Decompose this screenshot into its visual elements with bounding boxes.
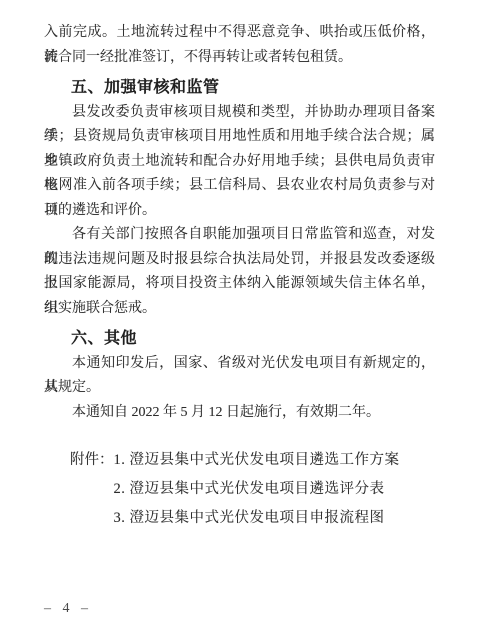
attachments-list: 1. 澄迈县集中式光伏发电项目遴选工作方案2. 澄迈县集中式光伏发电项目遴选评分… — [114, 446, 400, 533]
attachment-item: 3. 澄迈县集中式光伏发电项目申报流程图 — [114, 504, 400, 533]
paragraph-line: 县发改委负责审核项目规模和类型，并协助办理项目备案手 — [44, 101, 435, 126]
paragraph-line: 乡镇政府负责土地流转和配合办好用地手续；县供电局负责审核 — [44, 150, 435, 175]
paragraph-line: 目的遴选和评价。 — [44, 199, 435, 224]
document-content: 入前完成。土地流转过程中不得恶意竞争、哄抬或压低价格，流转合同一经批准签订，不得… — [44, 0, 435, 533]
attachments-label: 附件： — [70, 446, 114, 475]
paragraph-line: 入前完成。土地流转过程中不得恶意竞争、哄抬或压低价格，流 — [44, 21, 435, 46]
paragraph-line: 其规定。 — [44, 376, 435, 401]
paragraph-line: 转合同一经批准签订，不得再转让或者转包租赁。 — [44, 46, 435, 71]
paragraph-line: 电网准入前各项手续；县工信科局、县农业农村局负责参与对项 — [44, 174, 435, 199]
paragraph-line: 织实施联合惩戒。 — [44, 297, 435, 322]
paragraph-line: 本通知自 2022 年 5 月 12 日起施行，有效期二年。 — [44, 401, 435, 426]
paragraph-line: 各有关部门按照各自职能加强项目日常监管和巡查，对发现 — [44, 223, 435, 248]
document-page: 入前完成。土地流转过程中不得恶意竞争、哄抬或压低价格，流转合同一经批准签订，不得… — [0, 0, 477, 641]
section-heading: 六、其他 — [71, 327, 435, 352]
paragraph-line: 报国家能源局，将项目投资主体纳入能源领域失信主体名单，组 — [44, 272, 435, 297]
paragraph-line: 续；县资规局负责审核项目用地性质和用地手续合法合规；属地 — [44, 125, 435, 150]
paragraph-line: 的违法违规问题及时报县综合执法局处罚，并报县发改委逐级上 — [44, 248, 435, 273]
paragraph-line: 本通知印发后，国家、省级对光伏发电项目有新规定的，从 — [44, 352, 435, 377]
attachment-item: 1. 澄迈县集中式光伏发电项目遴选工作方案 — [114, 446, 400, 475]
attachment-item: 2. 澄迈县集中式光伏发电项目遴选评分表 — [114, 475, 400, 504]
attachments-block: 附件：1. 澄迈县集中式光伏发电项目遴选工作方案2. 澄迈县集中式光伏发电项目遴… — [70, 446, 435, 533]
page-number: – 4 – — [44, 601, 92, 617]
section-heading: 五、加强审核和监管 — [71, 76, 435, 101]
